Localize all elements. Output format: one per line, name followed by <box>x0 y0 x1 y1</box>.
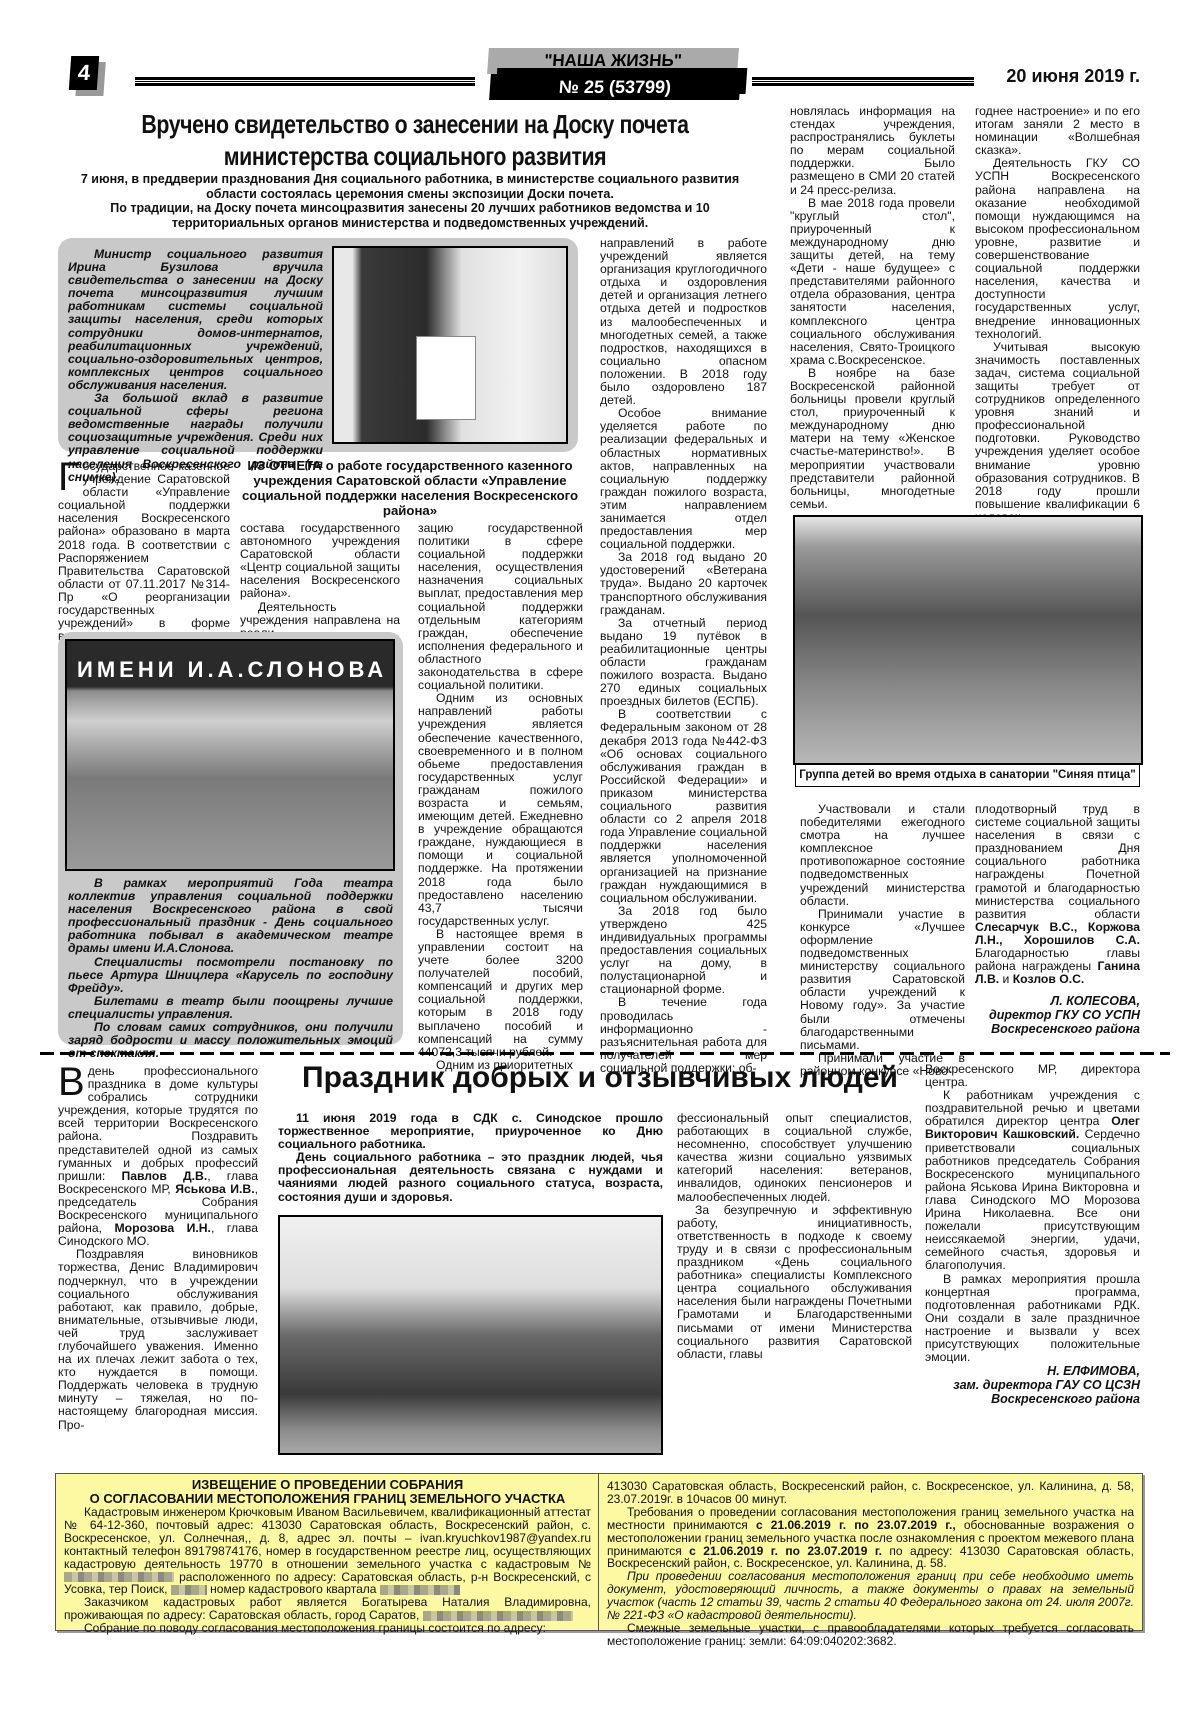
minister-caption: Министр социального развития Ирина Бузил… <box>68 248 323 484</box>
certificate-graphic <box>416 336 476 420</box>
paragraph: направлений в работе учреждений является… <box>600 237 767 407</box>
redacted-cadastral-number <box>64 1572 174 1582</box>
awardee-name: Козлов О.С. <box>1013 972 1085 986</box>
author-title: зам. директора ГАУ СО ЦСЗН <box>925 1378 1140 1392</box>
date-range: с 21.06.2019 г. по 23.07.2019 г., <box>756 1518 956 1532</box>
paragraph: При проведении согласования местоположен… <box>607 1570 1134 1622</box>
notice-title: ИЗВЕЩЕНИЕ О ПРОВЕДЕНИИ СОБРАНИЯ <box>64 1478 591 1492</box>
kids-photo <box>793 515 1143 765</box>
author-name: Л. КОЛЕСОВА, <box>975 994 1140 1008</box>
paragraph: фессиональный опыт специалистов, работаю… <box>677 1112 912 1204</box>
author-org: Воскресенского района <box>925 1392 1140 1406</box>
paragraph: В настоящее время в управлении состоит н… <box>418 928 583 1059</box>
page-number: 4 <box>69 56 99 90</box>
header-rule-right <box>752 77 974 86</box>
text: номер кадастрового квартала <box>207 1582 380 1596</box>
lead-paragraph: 11 июня 2019 года в СДК с. Синодское про… <box>278 1112 663 1151</box>
paragraph: В рамках мероприятия прошла концертная п… <box>925 1273 1140 1365</box>
section-divider <box>40 1052 1170 1055</box>
author-title: директор ГКУ СО УСПН <box>975 1008 1140 1022</box>
caption-paragraph: В рамках мероприятий Года театра коллект… <box>68 877 393 956</box>
guest-name: Яськова И.В. <box>175 1182 254 1196</box>
signature-1: Л. КОЛЕСОВА, директор ГКУ СО УСПН Воскре… <box>975 994 1140 1036</box>
theater-photo: ИМЕНИ И.А.СЛОНОВА <box>65 639 395 871</box>
holiday-lead: 11 июня 2019 года в СДК с. Синодское про… <box>278 1112 663 1204</box>
report-col-3: зацию государственной политики в сфере с… <box>418 522 583 1072</box>
masthead-title: "НАША ЖИЗНЬ" <box>487 48 739 74</box>
article-headline-2: Праздник добрых и отзывчивых людей <box>270 1058 930 1098</box>
holiday-col-4: Воскресенского МР, директора центра. К р… <box>925 1063 1140 1406</box>
paragraph: За безупречную и эффективную работу, ини… <box>677 1204 912 1361</box>
caption-paragraph: Министр социального развития Ирина Бузил… <box>68 248 323 392</box>
text: К работникам учреждения с поздравительно… <box>925 1088 1140 1128</box>
paragraph: годнее настроение» и по его итогам занял… <box>975 105 1140 157</box>
paragraph: Собрание по поводу согласования местопол… <box>64 1622 591 1635</box>
caption-paragraph: Билетами в театр были поощрены лучшие сп… <box>68 995 393 1021</box>
report-subhead: ИЗ ОТЧЕТА о работе государственного казе… <box>240 458 580 518</box>
dropcap: Г <box>58 461 80 493</box>
text: плодотворный труд в системе социальной з… <box>975 802 1140 921</box>
text: день профессионального праздника в доме … <box>58 1064 258 1183</box>
lead-paragraph: День социального работника – это праздни… <box>278 1151 663 1203</box>
text: Сердечно приветствовали социальных работ… <box>925 1127 1140 1272</box>
article-headline-1: Вручено свидетельство о занесении на Дос… <box>132 108 698 172</box>
signature-2: Н. ЕЛФИМОВА, зам. директора ГАУ СО ЦСЗН … <box>925 1364 1140 1406</box>
minister-photo <box>332 246 568 444</box>
paragraph: Одним из основных направлений работы учр… <box>418 692 583 928</box>
lead-paragraph: 7 июня, в преддверии празднования Дня со… <box>60 172 760 201</box>
paragraph: В мае 2018 года провели "круглый стол", … <box>790 197 955 367</box>
paragraph: осударственное казенное учреждение Сарат… <box>58 459 230 643</box>
holiday-col-3: фессиональный опыт специалистов, работаю… <box>677 1112 912 1361</box>
theater-caption: В рамках мероприятий Года театра коллект… <box>68 877 393 1060</box>
minister-box: Министр социального развития Ирина Бузил… <box>58 238 578 452</box>
paragraph: Особое внимание уделяется работе по реал… <box>600 407 767 551</box>
article-lead-1: 7 июня, в преддверии празднования Дня со… <box>60 172 760 230</box>
report-col-8: плодотворный труд в системе социальной з… <box>975 803 1140 1036</box>
author-name: Н. ЕЛФИМОВА, <box>925 1364 1140 1378</box>
report-col-2: состава государственного автономного учр… <box>240 522 400 640</box>
redacted-customer-address <box>423 1611 573 1621</box>
redacted-address <box>171 1585 207 1595</box>
paragraph: В соответствии с Федеральным законом от … <box>600 708 767 904</box>
lead-paragraph: По традиции, на Доску почета минсоцразви… <box>60 201 760 230</box>
notice-title: О СОГЛАСОВАНИИ МЕСТОПОЛОЖЕНИЯ ГРАНИЦ ЗЕМ… <box>64 1492 591 1506</box>
paragraph: Поздравляя виновников торжества, Денис В… <box>58 1248 258 1431</box>
land-notice-left: ИЗВЕЩЕНИЕ О ПРОВЕДЕНИИ СОБРАНИЯ О СОГЛАС… <box>55 1473 600 1631</box>
issue-number: № 25 (53799) <box>489 74 741 100</box>
paragraph: Смежные земельные участки, с правооблада… <box>607 1622 1134 1648</box>
land-notice-right: 413030 Саратовская область, Воскресенски… <box>598 1473 1143 1631</box>
paragraph: Воскресенского МР, директора центра. <box>925 1063 1140 1089</box>
issue-date: 20 июня 2019 г. <box>1006 66 1140 87</box>
guest-name: Морозова И.Н. <box>115 1221 211 1235</box>
paragraph: Учитывая высокую значимость поставленных… <box>975 341 1140 524</box>
redacted-quarter-number <box>380 1585 460 1595</box>
holiday-col-1: Вдень профессионального праздника в доме… <box>58 1065 258 1432</box>
paragraph: В ноябре на базе Воскресенской районной … <box>790 367 955 511</box>
paragraph: Деятельность ГКУ СО УСПН Воскресенского … <box>975 157 1140 340</box>
paragraph: За отчетный период выдано 19 путёвок в р… <box>600 617 767 709</box>
paragraph: новлялась информация на стендах учрежден… <box>790 105 955 197</box>
paragraph: состава государственного автономного учр… <box>240 522 400 601</box>
text: и <box>999 972 1013 986</box>
author-org: Воскресенского района <box>975 1022 1140 1036</box>
paragraph: За 2018 год выдано 20 удостоверений «Вет… <box>600 551 767 616</box>
theater-sign-text: ИМЕНИ И.А.СЛОНОВА <box>77 657 387 683</box>
caption-paragraph: Специалисты посмотрели постановку по пье… <box>68 956 393 995</box>
report-col-1: Государственное казенное учреждение Сара… <box>58 460 230 643</box>
paragraph: За 2018 год было утверждено 425 индивиду… <box>600 905 767 997</box>
date-range: с 21.06.2019 г. по 23.07.2019 г. <box>689 1544 882 1558</box>
kids-photo-caption: Группа детей во время отдыха в санатории… <box>795 763 1140 787</box>
dropcap: В <box>58 1066 85 1098</box>
header-rule-left <box>135 77 475 86</box>
report-col-5: новлялась информация на стендах учрежден… <box>790 105 955 511</box>
report-col-7: Участвовали и стали победителями ежегодн… <box>800 803 965 1078</box>
paragraph: зацию государственной политики в сфере с… <box>418 522 583 692</box>
text: Кадастровым инженером Крючковым Иваном В… <box>64 1505 591 1571</box>
theater-box: ИМЕНИ И.А.СЛОНОВА В рамках мероприятий Г… <box>58 632 403 1045</box>
report-col-4: направлений в работе учреждений является… <box>600 237 767 1075</box>
paragraph: Участвовали и стали победителями ежегодн… <box>800 803 965 908</box>
paragraph: 413030 Саратовская область, Воскресенски… <box>607 1480 1134 1506</box>
paragraph: Принимали участие в конкурсе «Лучшее офо… <box>800 908 965 1052</box>
report-col-6: годнее настроение» и по его итогам занял… <box>975 105 1140 537</box>
guest-name: Павлов Д.В. <box>121 1169 207 1183</box>
awardee-names: Слесарчук В.С., Коржова Л.Н., Хорошилов … <box>975 920 1140 947</box>
group-photo <box>278 1215 663 1455</box>
